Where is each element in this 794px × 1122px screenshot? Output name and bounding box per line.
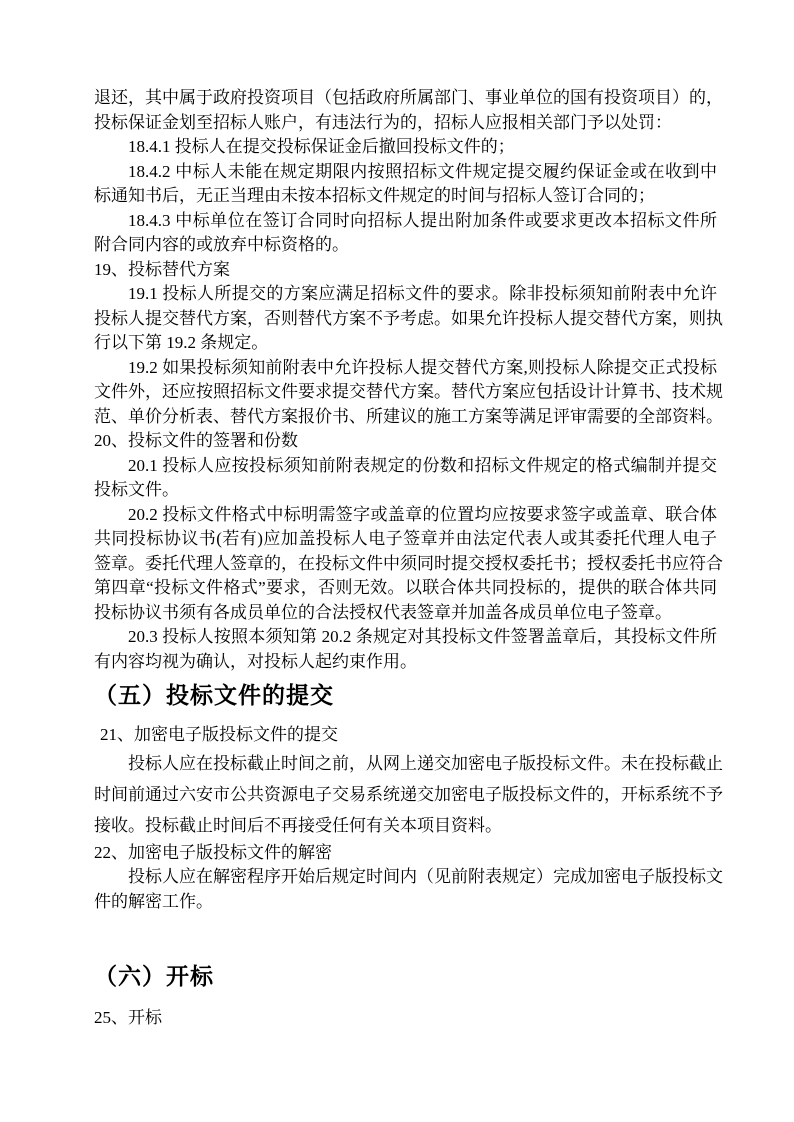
text-line: 18.4.1 投标人在提交投标保证金后撤回投标文件的； (94, 135, 717, 160)
text-line: 时间前通过六安市公共资源电子交易系统递交加密电子版投标文件的，开标系统不予 (94, 779, 717, 810)
text-line: 标通知书后，无正当理由未按本招标文件规定的时间与招标人签订合同的； (94, 184, 717, 209)
text-line: 共同投标协议书(若有)应加盖投标人电子签章并由法定代表人或其委托代理人电子 (94, 527, 717, 552)
paragraph-20-1: 20.1 投标人应按投标须知前附表规定的份数和招标文件规定的格式编制并提交 投标… (94, 454, 717, 503)
text-line: 20.2 投标文件格式中标明需签字或盖章的位置均应按要求签字或盖章、联合体 (94, 503, 717, 528)
text-line: 第四章“投标文件格式”要求，否则无效。以联合体共同投标的，提供的联合体共同 (94, 576, 717, 601)
text-line: 18.4.2 中标人未能在规定期限内按照招标文件规定提交履约保证金或在收到中 (94, 160, 717, 185)
list-item-25: 25、开标 (94, 1006, 717, 1031)
text-line: 退还，其中属于政府投资项目（包括政府所属部门、事业单位的国有投资项目）的， (94, 86, 717, 111)
text-line: 20.1 投标人应按投标须知前附表规定的份数和招标文件规定的格式编制并提交 (94, 454, 717, 479)
text-line: 附合同内容的或放弃中标资格的。 (94, 233, 717, 258)
text-line: 投标保证金划至招标人账户，有违法行为的，招标人应报相关部门予以处罚： (94, 111, 717, 136)
paragraph-21: 投标人应在投标截止时间之前，从网上递交加密电子版投标文件。未在投标截止 时间前通… (94, 748, 717, 841)
text-line: 19、投标替代方案 (94, 258, 717, 283)
document-content: 退还，其中属于政府投资项目（包括政府所属部门、事业单位的国有投资项目）的， 投标… (94, 86, 717, 1031)
text-line: 投标文件。 (94, 478, 717, 503)
text-line: 25、开标 (94, 1006, 717, 1031)
paragraph-18-4-3: 18.4.3 中标单位在签订合同时向招标人提出附加条件或要求更改本招标文件所 附… (94, 209, 717, 258)
text-line: 22、加密电子版投标文件的解密 (94, 841, 717, 866)
paragraph-20-3: 20.3 投标人按照本须知第 20.2 条规定对其投标文件签署盖章后，其投标文件… (94, 625, 717, 674)
document-page: 退还，其中属于政府投资项目（包括政府所属部门、事业单位的国有投资项目）的， 投标… (0, 0, 794, 1122)
paragraph-19-1: 19.1 投标人所提交的方案应满足招标文件的要求。除非投标须知前附表中允许 投标… (94, 282, 717, 356)
list-item-20: 20、投标文件的签署和份数 (94, 429, 717, 454)
text-line: 18.4.3 中标单位在签订合同时向招标人提出附加条件或要求更改本招标文件所 (94, 209, 717, 234)
text-line: 文件外，还应按照招标文件要求提交替代方案。替代方案应包括设计计算书、技术规 (94, 380, 717, 405)
text-line: 20.3 投标人按照本须知第 20.2 条规定对其投标文件签署盖章后，其投标文件… (94, 625, 717, 650)
paragraph-18-4-1: 18.4.1 投标人在提交投标保证金后撤回投标文件的； (94, 135, 717, 160)
paragraph-19-2: 19.2 如果投标须知前附表中允许投标人提交替代方案,则投标人除提交正式投标 文… (94, 356, 717, 430)
text-line: 投标协议书须有各成员单位的合法授权代表签章并加盖各成员单位电子签章。 (94, 601, 717, 626)
text-line: 行以下第 19.2 条规定。 (94, 331, 717, 356)
text-line: 范、单价分析表、替代方案报价书、所建议的施工方案等满足评审需要的全部资料。 (94, 405, 717, 430)
text-line: 接收。投标截止时间后不再接受任何有关本项目资料。 (94, 810, 717, 841)
section-heading-6: （六）开标 (94, 960, 717, 992)
paragraph-22: 投标人应在解密程序开始后规定时间内（见前附表规定）完成加密电子版投标文 件的解密… (94, 865, 717, 914)
text-line: 投标人应在投标截止时间之前，从网上递交加密电子版投标文件。未在投标截止 (94, 748, 717, 779)
list-item-21: 21、加密电子版投标文件的提交 (94, 723, 717, 748)
text-line: 20、投标文件的签署和份数 (94, 429, 717, 454)
text-line: 签章。委托代理人签章的，在投标文件中须同时提交授权委托书；授权委托书应符合 (94, 552, 717, 577)
list-item-19: 19、投标替代方案 (94, 258, 717, 283)
section-heading-5: （五）投标文件的提交 (94, 679, 717, 711)
text-line: 投标人应在解密程序开始后规定时间内（见前附表规定）完成加密电子版投标文 (94, 865, 717, 890)
paragraph-18-4: 退还，其中属于政府投资项目（包括政府所属部门、事业单位的国有投资项目）的， 投标… (94, 86, 717, 135)
text-line: 19.2 如果投标须知前附表中允许投标人提交替代方案,则投标人除提交正式投标 (94, 356, 717, 381)
text-line: 投标人提交替代方案，否则替代方案不予考虑。如果允许投标人提交替代方案，则执 (94, 307, 717, 332)
text-line: 有内容均视为确认，对投标人起约束作用。 (94, 650, 717, 675)
text-line: 21、加密电子版投标文件的提交 (94, 723, 717, 748)
text-line: 件的解密工作。 (94, 890, 717, 915)
paragraph-18-4-2: 18.4.2 中标人未能在规定期限内按照招标文件规定提交履约保证金或在收到中 标… (94, 160, 717, 209)
paragraph-20-2: 20.2 投标文件格式中标明需签字或盖章的位置均应按要求签字或盖章、联合体 共同… (94, 503, 717, 626)
text-line: 19.1 投标人所提交的方案应满足招标文件的要求。除非投标须知前附表中允许 (94, 282, 717, 307)
list-item-22: 22、加密电子版投标文件的解密 (94, 841, 717, 866)
